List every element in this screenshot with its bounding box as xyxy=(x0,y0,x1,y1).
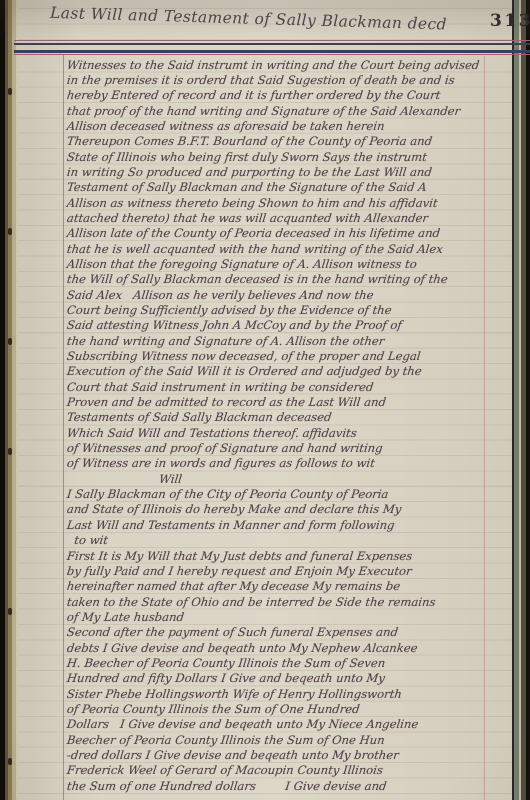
text-line: Said Alex Allison as he verily believes … xyxy=(66,288,514,303)
text-line: hereby Entered of record and it is furth… xyxy=(66,88,514,103)
text-line: Allison deceased witness as aforesaid be… xyxy=(66,119,514,134)
text-line: the Sum of one Hundred dollars I Give de… xyxy=(66,779,514,794)
text-line: Testament of Sally Blackman and the Sign… xyxy=(66,180,514,195)
text-line: I Sally Blackman of the City of Peoria C… xyxy=(66,487,514,502)
text-line: Last Will and Testaments in Manner and f… xyxy=(66,518,514,533)
text-line: Court that Said instrument in writing be… xyxy=(66,380,514,395)
text-line: of Witnesses and proof of Signature and … xyxy=(66,441,514,456)
text-line: Hundred and fifty Dollars I Give and beq… xyxy=(66,671,514,686)
header-rule-red-bottom xyxy=(14,54,530,55)
book-binding-edge xyxy=(0,0,18,800)
text-line: Frederick Weel of Gerard of Macoupin Cou… xyxy=(66,763,514,778)
will-text-body: Witnesses to the Said instrumt in writin… xyxy=(66,58,512,795)
header-rule-blue-top xyxy=(14,43,530,45)
text-line: that he is well acquanted with the hand … xyxy=(66,242,514,257)
text-line: that proof of the hand writing and Signa… xyxy=(66,104,514,119)
binding-stitch xyxy=(8,608,12,615)
text-line: taken to the State of Ohio and be interr… xyxy=(66,595,514,610)
text-line: attached thereto) that he was will acqua… xyxy=(66,211,514,226)
binding-stitch xyxy=(8,338,12,345)
binding-stitch xyxy=(8,758,12,765)
text-line: in the premises it is orderd that Said S… xyxy=(66,73,514,88)
text-line: debts I Give devise and beqeath unto My … xyxy=(66,641,514,656)
text-line: Thereupon Comes B.F.T. Bourland of the C… xyxy=(66,134,514,149)
text-line: Allison that the foregoing Signature of … xyxy=(66,257,514,272)
text-line: H. Beecher of Peoria County Illinois the… xyxy=(66,656,514,671)
header-rule-red-top xyxy=(14,40,530,41)
ledger-page-photo: 313 Last Will and Testament of Sally Bla… xyxy=(0,0,530,800)
text-line: and State of Illinois do hereby Make and… xyxy=(66,502,514,517)
text-line: -dred dollars I Give devise and beqeath … xyxy=(66,748,514,763)
binding-stitch xyxy=(8,448,12,455)
text-line: State of Illinois who being first duly S… xyxy=(66,150,514,165)
text-line: First It is My Will that My Just debts a… xyxy=(66,549,514,564)
text-line: the Will of Sally Blackman deceased is i… xyxy=(66,272,514,287)
text-line: to wit xyxy=(66,533,514,548)
text-line: Will xyxy=(66,472,514,487)
page-number: 313 xyxy=(490,11,530,31)
left-margin-rule xyxy=(63,55,64,800)
text-line: hereinafter named that after My decease … xyxy=(66,579,514,594)
text-line: Proven and be admitted to record as the … xyxy=(66,395,514,410)
text-line: in writing So produced and purporting to… xyxy=(66,165,514,180)
text-line: Execution of the Said Will it is Ordered… xyxy=(66,364,514,379)
text-line: of My Late husband xyxy=(66,610,514,625)
text-line: Second after the payment of Such funeral… xyxy=(66,625,514,640)
text-line: by fully Paid and I hereby request and E… xyxy=(66,564,514,579)
text-line: Allison as witness thereto being Shown t… xyxy=(66,196,514,211)
text-line: of Peoria County Illinois the Sum of One… xyxy=(66,702,514,717)
text-line: Dollars I Give devise and beqeath unto M… xyxy=(66,717,514,732)
text-line: Testaments of Said Sally Blackman deceas… xyxy=(66,410,514,425)
text-line: Subscribing Witness now deceased, of the… xyxy=(66,349,514,364)
text-line: Sister Phebe Hollingsworth Wife of Henry… xyxy=(66,687,514,702)
text-line: Said attesting Witness John A McCoy and … xyxy=(66,318,514,333)
book-page-edges xyxy=(512,0,530,800)
binding-stitch xyxy=(8,228,12,235)
text-line: Beecher of Peoria County Illinois the Su… xyxy=(66,733,514,748)
text-line: Allison late of the County of Peoria dec… xyxy=(66,226,514,241)
text-line: Witnesses to the Said instrumt in writin… xyxy=(66,58,514,73)
text-line: of Witness are in words and figures as f… xyxy=(66,456,514,471)
text-line: Which Said Will and Testations thereof. … xyxy=(66,426,514,441)
binding-stitch xyxy=(8,88,12,95)
text-line: Court being Sufficiently advised by the … xyxy=(66,303,514,318)
header-rule-blue-bottom xyxy=(14,50,530,52)
text-line: the hand writing and Signature of A. All… xyxy=(66,334,514,349)
